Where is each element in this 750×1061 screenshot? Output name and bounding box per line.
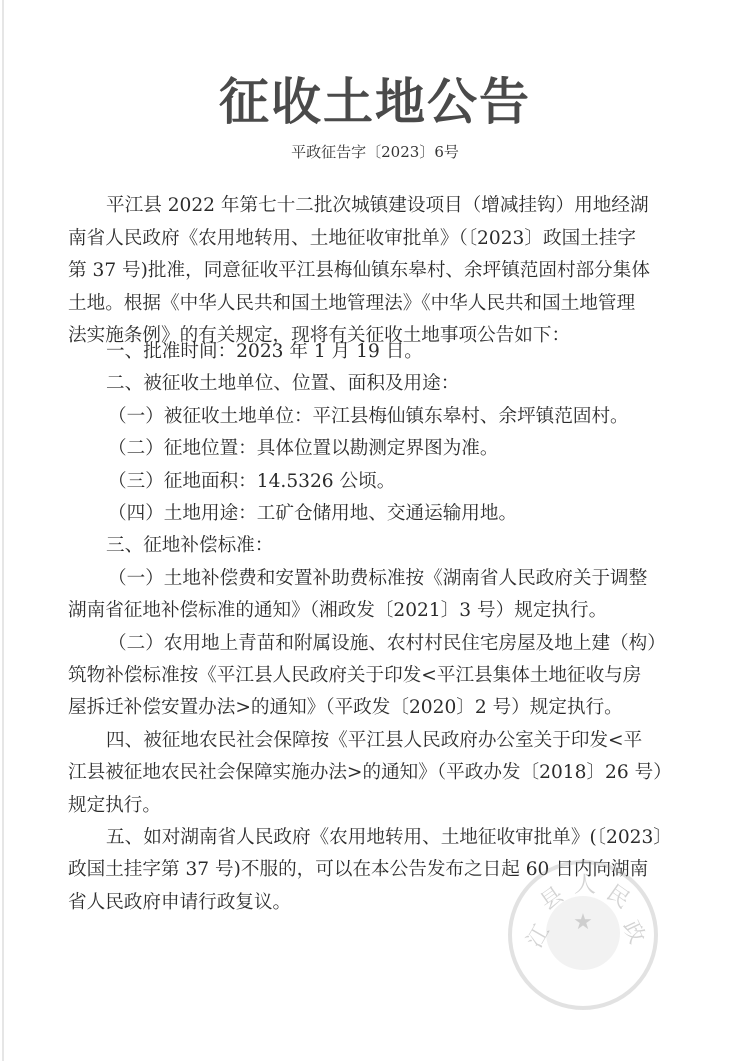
body-line: 平江县 2022 年第七十二批次城镇建设项目（增减挂钩）用地经湖 <box>106 194 649 218</box>
section-2-item-1: （一）被征收土地单位：平江县梅仙镇东皋村、余坪镇范固村。 <box>108 405 629 429</box>
section-2-heading: 二、被征收土地单位、位置、面积及用途： <box>106 372 459 396</box>
section-1-approval-time: 一、批准时间：2023 年 1 月 19 日。 <box>106 340 423 364</box>
body-line: 湖南省征地补偿标准的通知》（湘政发〔2021〕3 号）规定执行。 <box>68 599 607 623</box>
body-line: 省人民政府申请行政复议。 <box>68 891 291 915</box>
star-icon: ★ <box>546 910 620 935</box>
seal-char: 政 <box>616 915 653 948</box>
section-2-item-4: （四）土地用途：工矿仓储用地、交通运输用地。 <box>108 502 517 526</box>
seal-char: 人 <box>574 868 596 899</box>
section-2-item-3: （三）征地面积：14.5326 公顷。 <box>108 470 395 494</box>
body-line: 筑物补偿标准按《平江县人民政府关于印发<平江县集体土地征收与房 <box>68 664 641 688</box>
body-line: 土地。根据《中华人民共和国土地管理法》《中华人民共和国土地管理 <box>68 292 635 316</box>
body-line: 江县被征地农民社会保障实施办法>的通知》（平政办发〔2018〕26 号） <box>68 761 672 785</box>
section-2-item-2: （二）征地位置：具体位置以勘测定界图为准。 <box>108 437 498 461</box>
section-3-item-2: （二）农用地上青苗和附属设施、农村村民住宅房屋及地上建（构） <box>108 632 666 656</box>
body-line: 屋拆迁补偿安置办法>的通知》（平政发〔2020〕2 号）规定执行。 <box>68 696 623 720</box>
body-line: 第 37 号)批准，同意征收平江县梅仙镇东皋村、余坪镇范固村部分集体 <box>68 259 650 283</box>
official-seal: ★ 江 县 人 民 政 <box>508 860 658 1010</box>
section-5: 五、如对湖南省人民政府《农用地转用、土地征收审批单》(〔2023〕 <box>106 826 672 850</box>
section-4: 四、被征地农民社会保障按《平江县人民政府办公室关于印发<平 <box>106 729 642 753</box>
body-line: 规定执行。 <box>68 794 161 818</box>
section-3-heading: 三、征地补偿标准： <box>106 534 273 558</box>
body-line: 南省人民政府《农用地转用、土地征收审批单》（〔2023〕政国土挂字 <box>68 227 636 251</box>
section-3-item-1: （一）土地补偿费和安置补助费标准按《湖南省人民政府关于调整 <box>108 567 647 591</box>
